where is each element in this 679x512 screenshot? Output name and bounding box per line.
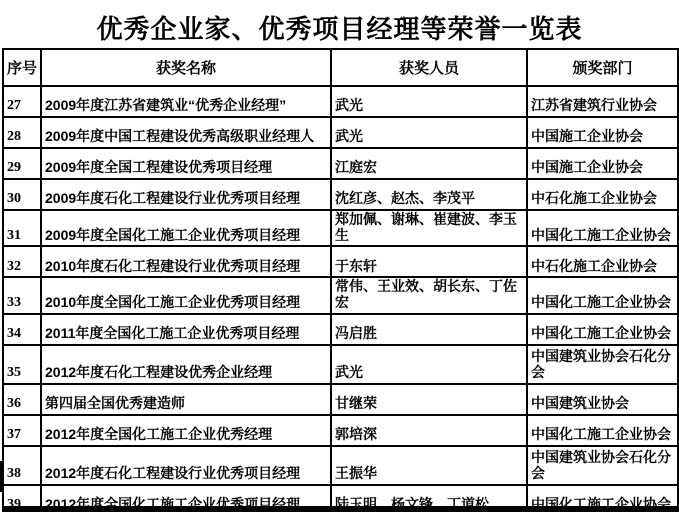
- table-row: 312009年度全国化工施工企业优秀项目经理郑加佩、谢琳、崔建波、李玉生中国化工…: [3, 210, 678, 246]
- table-row: 272009年度江苏省建筑业“优秀企业经理”武光江苏省建筑行业协会: [3, 86, 678, 117]
- department-cell: 中国化工施工企业协会: [527, 415, 678, 446]
- award-name-cell: 2009年度江苏省建筑业“优秀企业经理”: [41, 86, 331, 117]
- recipients-cell: 沈红彦、赵杰、李茂平: [331, 179, 527, 210]
- row-number-cell: 37: [3, 415, 41, 446]
- recipients-cell: 常伟、王业效、胡长东、丁佐宏: [331, 277, 527, 313]
- department-cell: 中石化施工企业协会: [527, 179, 678, 210]
- award-name-cell: 2011年度全国化工施工企业优秀项目经理: [41, 314, 331, 345]
- header-serial-number: 序号: [3, 49, 41, 86]
- page: { "page": { "title": "优秀企业家、优秀项目经理等荣誉一览表…: [0, 0, 679, 512]
- award-name-cell: 2009年度全国化工施工企业优秀项目经理: [41, 210, 331, 246]
- department-cell: 中国建筑业协会石化分会: [527, 345, 678, 384]
- row-number-cell: 29: [3, 148, 41, 179]
- row-number-cell: 32: [3, 246, 41, 277]
- table-row: 36第四届全国优秀建造师甘继荣中国建筑业协会: [3, 384, 678, 415]
- recipients-cell: 江庭宏: [331, 148, 527, 179]
- award-name-cell: 2012年度石化工程建设优秀企业经理: [41, 345, 331, 384]
- table-row: 282009年度中国工程建设优秀高级职业经理人武光中国施工企业协会: [3, 117, 678, 148]
- table-row: 382012年度石化工程建设行业优秀项目经理王振华中国建筑业协会石化分会: [3, 446, 678, 485]
- recipients-cell: 武光: [331, 86, 527, 117]
- honor-table: 序号 获奖名称 获奖人员 颁奖部门 272009年度江苏省建筑业“优秀企业经理”…: [2, 48, 679, 512]
- department-cell: 江苏省建筑行业协会: [527, 86, 678, 117]
- table-row: 372012年度全国化工施工企业优秀经理郭培深中国化工施工企业协会: [3, 415, 678, 446]
- award-name-cell: 2009年度石化工程建设行业优秀项目经理: [41, 179, 331, 210]
- row-number-cell: 35: [3, 345, 41, 384]
- recipients-cell: 甘继荣: [331, 384, 527, 415]
- table-row: 342011年度全国化工施工企业优秀项目经理冯启胜中国化工施工企业协会: [3, 314, 678, 345]
- department-cell: 中国建筑业协会石化分会: [527, 446, 678, 485]
- recipients-cell: 于东轩: [331, 246, 527, 277]
- recipients-cell: 武光: [331, 117, 527, 148]
- department-cell: 中国化工施工企业协会: [527, 210, 678, 246]
- page-title: 优秀企业家、优秀项目经理等荣誉一览表: [0, 0, 679, 46]
- department-cell: 中石化施工企业协会: [527, 246, 678, 277]
- row-number-cell: 33: [3, 277, 41, 313]
- table-row: 292009年度全国工程建设优秀项目经理江庭宏中国施工企业协会: [3, 148, 678, 179]
- department-cell: 中国施工企业协会: [527, 117, 678, 148]
- recipients-cell: 冯启胜: [331, 314, 527, 345]
- recipients-cell: 郑加佩、谢琳、崔建波、李玉生: [331, 210, 527, 246]
- row-number-cell: 38: [3, 446, 41, 485]
- row-number-cell: 30: [3, 179, 41, 210]
- award-name-cell: 2009年度全国工程建设优秀项目经理: [41, 148, 331, 179]
- header-department: 颁奖部门: [527, 49, 678, 86]
- row-number-cell: 28: [3, 117, 41, 148]
- row-number-cell: 31: [3, 210, 41, 246]
- recipients-cell: 郭培深: [331, 415, 527, 446]
- header-award-name: 获奖名称: [41, 49, 331, 86]
- award-name-cell: 2010年度石化工程建设行业优秀项目经理: [41, 246, 331, 277]
- header-row: 序号 获奖名称 获奖人员 颁奖部门: [3, 49, 678, 86]
- left-edge-mark: [0, 461, 4, 492]
- table-row: 322010年度石化工程建设行业优秀项目经理于东轩中石化施工企业协会: [3, 246, 678, 277]
- table-row: 332010年度全国化工施工企业优秀项目经理常伟、王业效、胡长东、丁佐宏中国化工…: [3, 277, 678, 313]
- table-bottom-border: [2, 506, 677, 512]
- award-name-cell: 2012年度石化工程建设行业优秀项目经理: [41, 446, 331, 485]
- award-name-cell: 2010年度全国化工施工企业优秀项目经理: [41, 277, 331, 313]
- recipients-cell: 武光: [331, 345, 527, 384]
- table-row: 352012年度石化工程建设优秀企业经理武光中国建筑业协会石化分会: [3, 345, 678, 384]
- award-name-cell: 2009年度中国工程建设优秀高级职业经理人: [41, 117, 331, 148]
- row-number-cell: 36: [3, 384, 41, 415]
- row-number-cell: 34: [3, 314, 41, 345]
- department-cell: 中国建筑业协会: [527, 384, 678, 415]
- department-cell: 中国化工施工企业协会: [527, 314, 678, 345]
- award-name-cell: 第四届全国优秀建造师: [41, 384, 331, 415]
- department-cell: 中国施工企业协会: [527, 148, 678, 179]
- table-row: 302009年度石化工程建设行业优秀项目经理沈红彦、赵杰、李茂平中石化施工企业协…: [3, 179, 678, 210]
- recipients-cell: 王振华: [331, 446, 527, 485]
- department-cell: 中国化工施工企业协会: [527, 277, 678, 313]
- row-number-cell: 27: [3, 86, 41, 117]
- header-recipients: 获奖人员: [331, 49, 527, 86]
- award-name-cell: 2012年度全国化工施工企业优秀经理: [41, 415, 331, 446]
- table-header: 序号 获奖名称 获奖人员 颁奖部门: [3, 49, 678, 86]
- table-body: 272009年度江苏省建筑业“优秀企业经理”武光江苏省建筑行业协会282009年…: [3, 86, 678, 512]
